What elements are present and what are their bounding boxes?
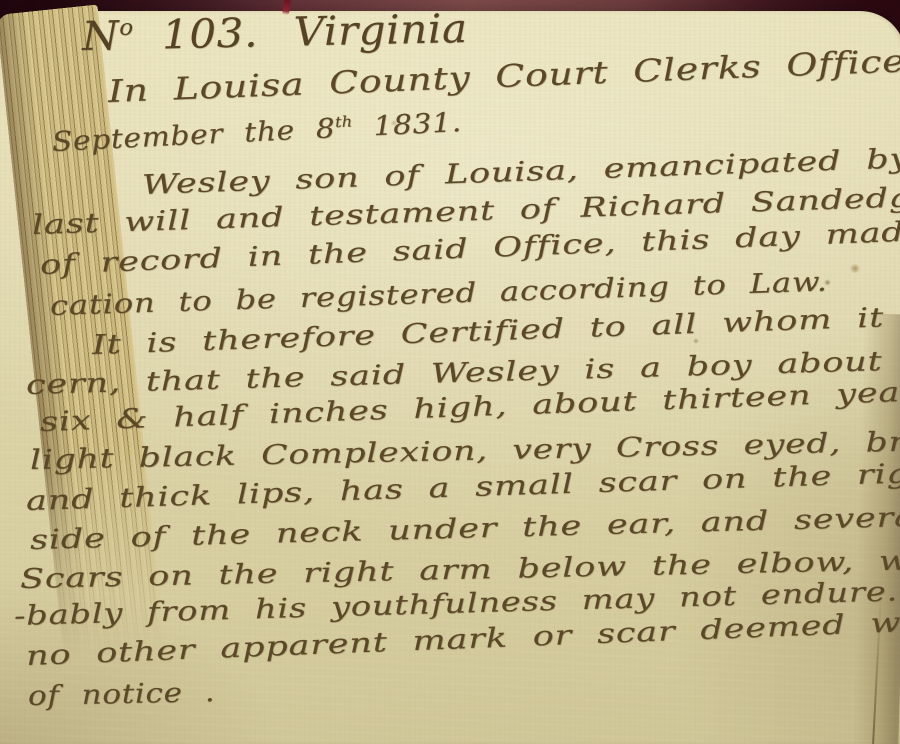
- date-superscript: th: [335, 112, 353, 131]
- register-number-superscript: o: [119, 16, 133, 41]
- date-line: September the 8th 1831.: [51, 107, 462, 158]
- manuscript-line: of notice .: [28, 677, 216, 712]
- register-heading: No 103.Virginia: [82, 6, 469, 60]
- register-number: No 103.: [82, 10, 259, 60]
- photo-frame: No 103.Virginia In Louisa County Court C…: [0, 0, 900, 744]
- state-name: Virginia: [293, 6, 468, 56]
- manuscript-text: No 103.Virginia In Louisa County Court C…: [0, 0, 900, 744]
